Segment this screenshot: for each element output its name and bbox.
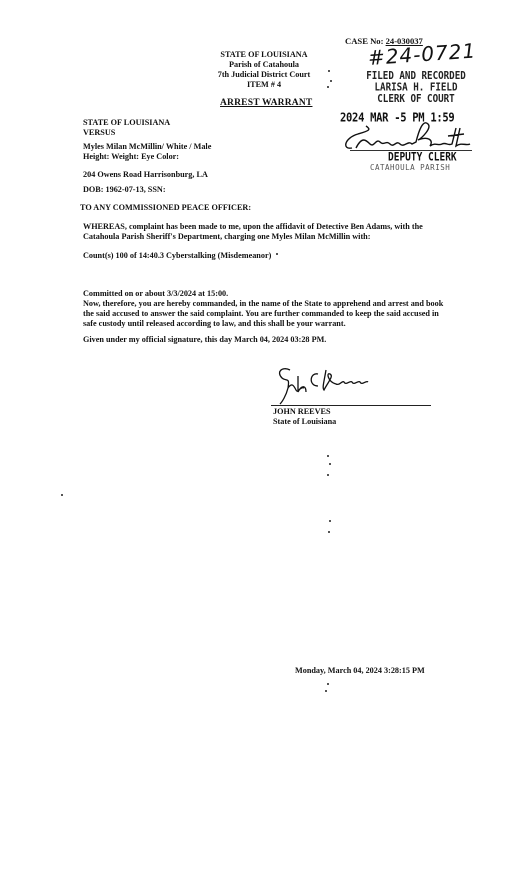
scan-artifact xyxy=(61,494,63,496)
defendant: Myles Milan McMillin/ White / Male xyxy=(83,142,211,152)
print-timestamp: Monday, March 04, 2024 3:28:15 PM xyxy=(295,666,425,675)
dob-ssn: DOB: 1962-07-13, SSN: xyxy=(83,185,166,195)
court-parish: Parish of Catahoula xyxy=(212,60,316,70)
charge: Count(s) 100 of 14:40.3 Cyberstalking (M… xyxy=(83,251,271,261)
given-statement: Given under my official signature, this … xyxy=(83,335,326,345)
scan-artifact xyxy=(327,683,329,685)
judge-role: State of Louisiana xyxy=(273,417,336,427)
whereas-paragraph: WHEREAS, complaint has been made to me, … xyxy=(83,222,443,242)
command-paragraph: Now, therefore, you are hereby commanded… xyxy=(83,299,445,329)
court-item: ITEM # 4 xyxy=(212,80,316,90)
defendant-address: 204 Owens Road Harrisonburg, LA xyxy=(83,170,208,180)
court-state: STATE OF LOUISIANA xyxy=(212,50,316,60)
scan-artifact xyxy=(329,463,331,465)
scan-artifact xyxy=(276,253,278,255)
salutation: TO ANY COMMISSIONED PEACE OFFICER: xyxy=(80,203,251,213)
scan-artifact xyxy=(330,80,332,82)
plaintiff: STATE OF LOUISIANA xyxy=(83,118,170,128)
scan-artifact xyxy=(328,70,330,72)
scan-artifact xyxy=(329,520,331,522)
court-header: STATE OF LOUISIANA Parish of Catahoula 7… xyxy=(212,50,316,90)
scan-artifact xyxy=(327,86,329,88)
versus: VERSUS xyxy=(83,128,115,138)
judge-signature-line xyxy=(271,405,431,406)
document-title: ARREST WARRANT xyxy=(220,98,312,108)
stamp-parish: CATAHOULA PARISH xyxy=(370,163,450,172)
scan-artifact xyxy=(327,474,329,476)
scan-artifact xyxy=(325,690,327,692)
filing-stamp: FILED AND RECORDED LARISA H. FIELD CLERK… xyxy=(360,71,472,106)
judge-name: JOHN REEVES xyxy=(273,407,331,417)
judge-signature xyxy=(268,362,378,407)
committed-date: Committed on or about 3/3/2024 at 15:00. xyxy=(83,289,228,299)
scan-artifact xyxy=(327,455,329,457)
court-name: 7th Judicial District Court xyxy=(212,70,316,80)
physical-description: Height: Weight: Eye Color: xyxy=(83,152,179,162)
scan-artifact xyxy=(328,531,330,533)
stamp-line-3: CLERK OF COURT xyxy=(360,94,472,106)
